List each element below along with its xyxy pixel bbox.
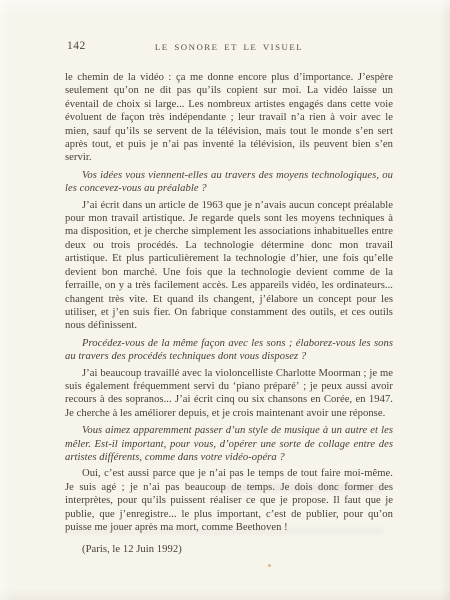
foxing-speck (268, 564, 271, 567)
paragraph-answer-1: J’ai écrit dans un article de 1963 que j… (65, 199, 393, 333)
running-title: LE SONORE ET LE VISUEL (65, 42, 393, 52)
paragraph-question-2: Procédez-vous de la même façon avec les … (65, 337, 393, 364)
paragraph-question-3: Vous aimez apparemment passer d’un style… (65, 424, 393, 464)
show-through-artifact (212, 484, 384, 492)
dateline: (Paris, le 12 Juin 1992) (65, 543, 393, 556)
show-through-artifact (66, 528, 384, 535)
running-head: 142 LE SONORE ET LE VISUEL (65, 40, 393, 54)
paragraph-question-1: Vos idées vous viennent-elles au travers… (65, 169, 393, 196)
book-page: 142 LE SONORE ET LE VISUEL le chemin de … (0, 0, 450, 600)
paragraph-answer-2: J’ai beaucoup travaillé avec la violonce… (65, 367, 393, 421)
paragraph-body-continuation: le chemin de la vidéo : ça me donne enco… (65, 71, 393, 165)
paragraph-answer-3: Oui, c’est aussi parce que je n’ai pas l… (65, 467, 393, 534)
